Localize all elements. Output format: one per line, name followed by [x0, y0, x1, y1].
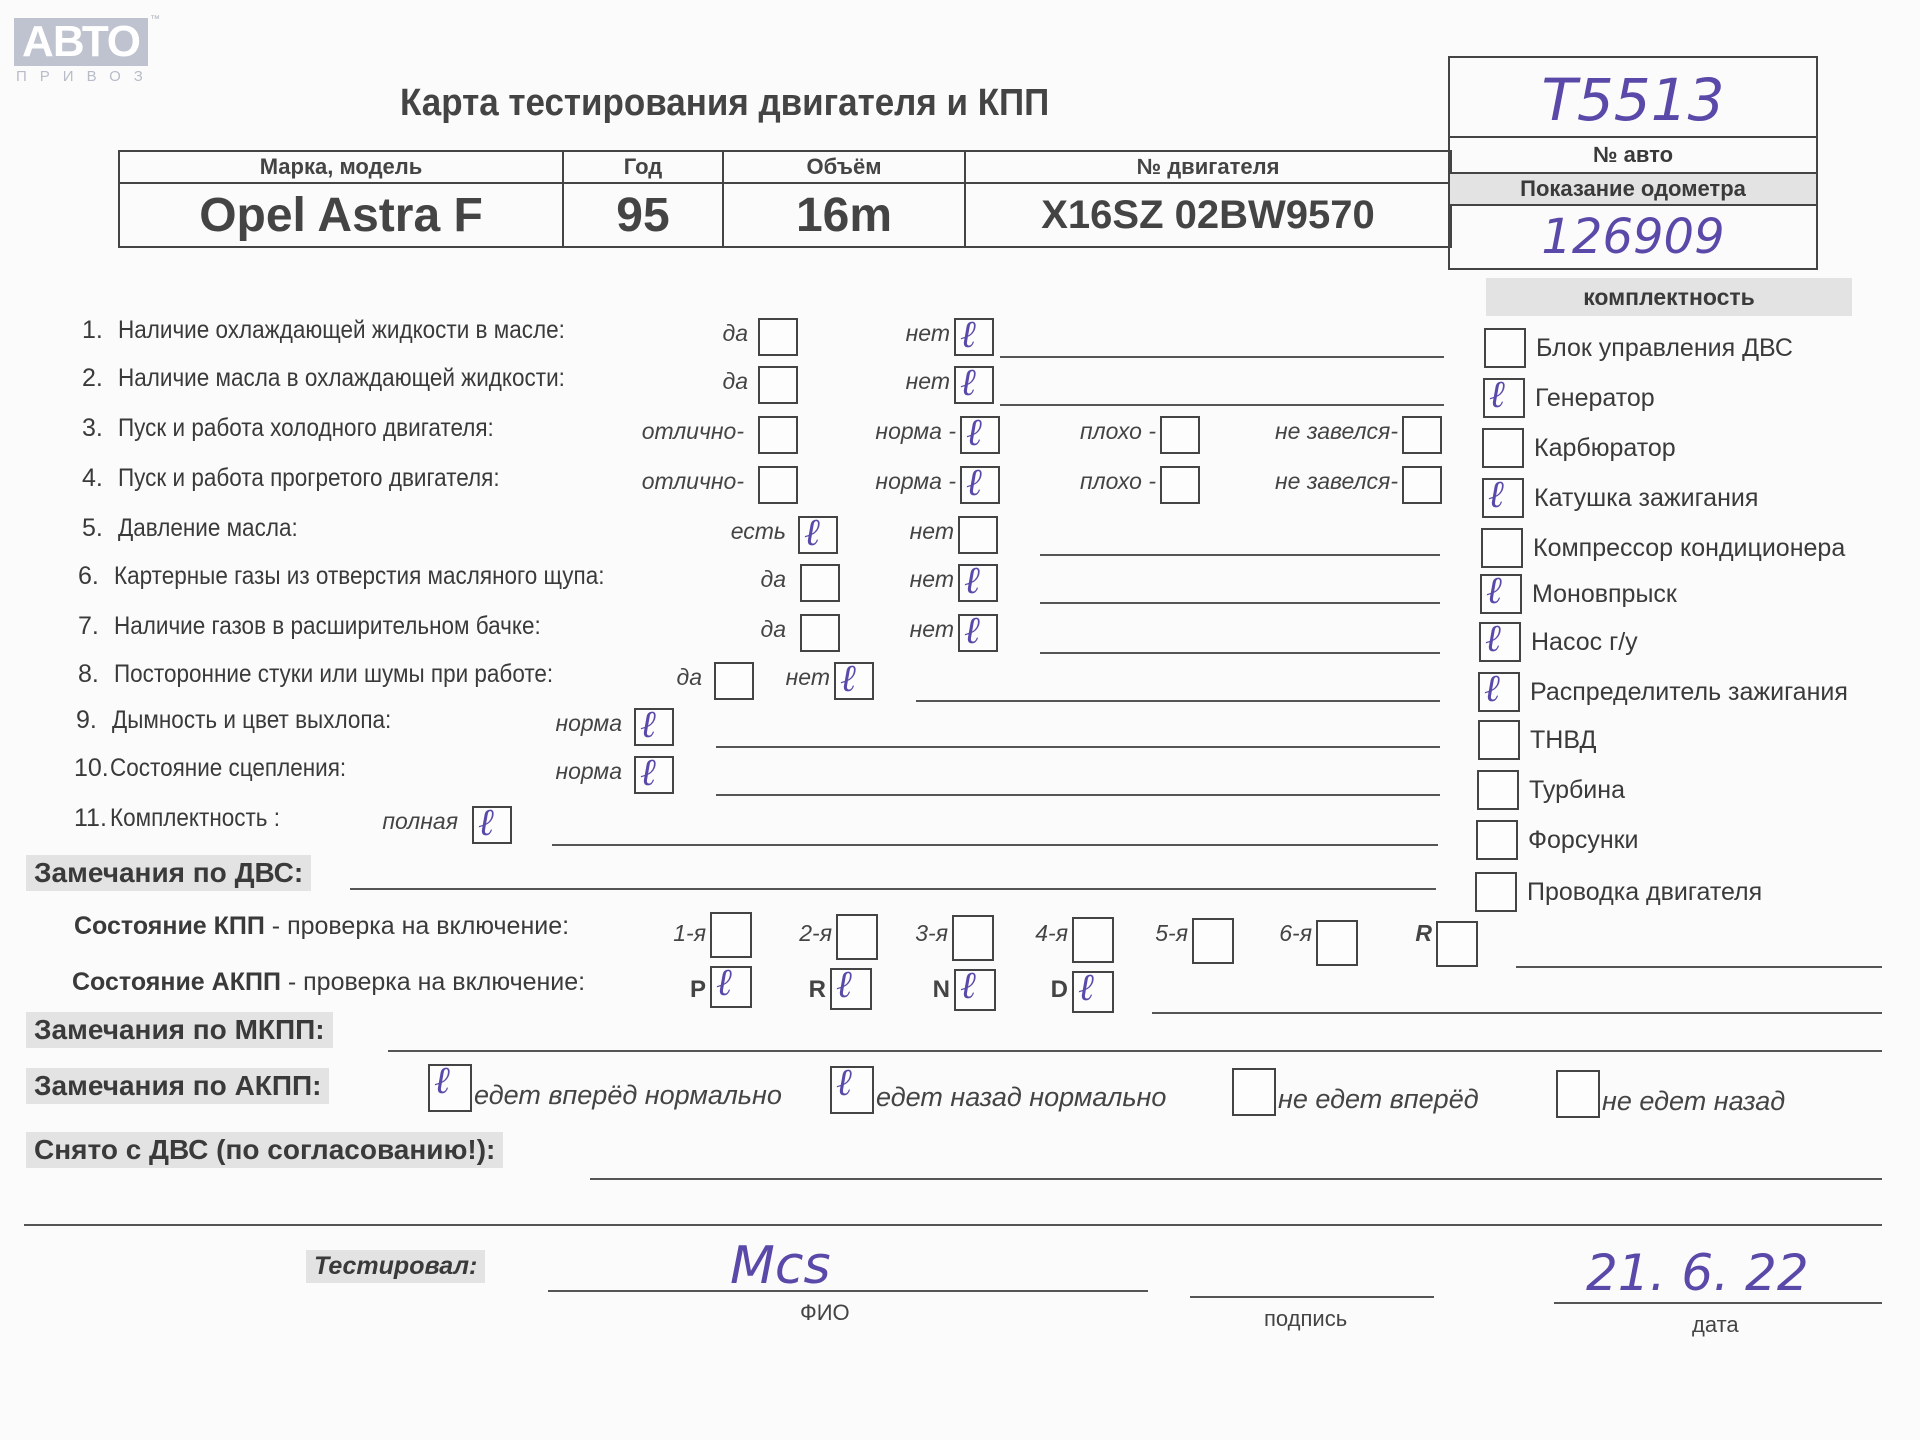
gear-checkbox[interactable]: [836, 914, 878, 960]
auto-gear-checkbox[interactable]: ℓ: [710, 966, 752, 1008]
manual-gearbox-line[interactable]: [1516, 966, 1882, 968]
remarks-auto-label: Замечания по АКПП:: [26, 1068, 329, 1104]
option-label: полная: [382, 808, 458, 835]
auto-remark-checkbox[interactable]: ℓ: [428, 1064, 472, 1112]
option-checkbox[interactable]: [958, 516, 998, 554]
option-checkbox[interactable]: ℓ: [472, 806, 512, 844]
option-label: да: [760, 616, 786, 643]
kit-item-label: Карбюратор: [1534, 434, 1676, 463]
option-checkbox[interactable]: ℓ: [958, 564, 998, 602]
option-label: нет: [906, 368, 950, 395]
auto-gearbox-label-bold: Состояние АКПП: [72, 968, 281, 996]
auto-gear-label: P: [690, 976, 706, 1004]
kit-checkbox[interactable]: ℓ: [1480, 574, 1522, 614]
check-mark-icon: ℓ: [840, 658, 856, 698]
auto-remark-checkbox[interactable]: ℓ: [830, 1066, 874, 1114]
option-label: отлично-: [642, 468, 744, 495]
option-label: нет: [906, 320, 950, 347]
gear-checkbox[interactable]: [952, 915, 994, 961]
check-mark-icon: ℓ: [640, 752, 656, 792]
date-field[interactable]: 21. 6. 22: [1586, 1244, 1809, 1302]
option-label: не завелся-: [1275, 418, 1398, 445]
col-header-year: Год: [563, 151, 723, 183]
question-text: Пуск и работа прогретого двигателя:: [118, 464, 500, 493]
question-number: 3.: [82, 414, 103, 443]
notes-line[interactable]: [1040, 602, 1440, 604]
manual-gearbox-label-bold: Состояние КПП: [74, 912, 265, 940]
auto-gearbox-label: Состояние АКПП - проверка на включение:: [72, 968, 585, 997]
option-label: плохо -: [1080, 468, 1156, 495]
question-number: 5.: [82, 514, 103, 543]
check-mark-icon: ℓ: [804, 512, 820, 552]
kit-item-label: Проводка двигателя: [1527, 878, 1762, 907]
question-number: 7.: [78, 612, 99, 641]
kit-item-label: ТНВД: [1530, 726, 1596, 755]
option-checkbox[interactable]: ℓ: [798, 516, 838, 554]
auto-gearbox-line[interactable]: [1152, 1012, 1882, 1014]
option-label: не завелся-: [1275, 468, 1398, 495]
kit-checkbox[interactable]: [1481, 528, 1523, 568]
kit-checkbox[interactable]: ℓ: [1483, 378, 1525, 418]
gear-checkbox[interactable]: [1072, 917, 1114, 963]
notes-line[interactable]: [716, 794, 1440, 796]
signature-line[interactable]: [1190, 1296, 1434, 1298]
option-checkbox[interactable]: ℓ: [960, 416, 1000, 454]
odometer-label: Показание одометра: [1450, 172, 1816, 204]
option-checkbox[interactable]: [758, 366, 798, 404]
option-checkbox[interactable]: ℓ: [960, 466, 1000, 504]
notes-line[interactable]: [1040, 554, 1440, 556]
notes-line[interactable]: [916, 700, 1440, 702]
kit-item-label: Моновпрыск: [1532, 580, 1677, 609]
kit-item-label: Турбина: [1529, 776, 1625, 805]
check-mark-icon: ℓ: [960, 362, 976, 402]
check-mark-icon: ℓ: [966, 412, 982, 452]
year-field[interactable]: 95: [563, 183, 723, 247]
option-checkbox[interactable]: [758, 466, 798, 504]
question-number: 6.: [78, 562, 99, 591]
removed-label: Снято с ДВС (по согласованию!):: [26, 1132, 503, 1168]
option-checkbox[interactable]: [1402, 416, 1442, 454]
gear-label: 5-я: [1155, 920, 1188, 947]
remarks-manual-line[interactable]: [388, 1050, 1882, 1052]
question-number: 10.: [74, 754, 109, 783]
notes-line[interactable]: [716, 746, 1440, 748]
option-label: нет: [910, 566, 954, 593]
kit-checkbox[interactable]: [1484, 328, 1526, 368]
remarks-engine-label: Замечания по ДВС:: [26, 855, 311, 891]
check-mark-icon: ℓ: [836, 964, 852, 1004]
gear-checkbox[interactable]: [1436, 921, 1478, 967]
col-header-make-model: Марка, модель: [119, 151, 563, 183]
auto-remark-label: не едет назад: [1602, 1086, 1785, 1117]
option-label: норма -: [875, 468, 956, 495]
option-label: норма: [555, 710, 622, 737]
check-mark-icon: ℓ: [1489, 374, 1505, 414]
notes-line[interactable]: [1040, 652, 1440, 654]
question-number: 2.: [82, 364, 103, 393]
kit-checkbox[interactable]: [1482, 428, 1524, 468]
auto-number-label: № авто: [1450, 136, 1816, 172]
question-number: 9.: [76, 706, 97, 735]
question-text: Дымность и цвет выхлопа:: [112, 706, 391, 735]
check-mark-icon: ℓ: [1078, 967, 1094, 1007]
check-mark-icon: ℓ: [1485, 618, 1501, 658]
kit-item-label: Распределитель зажигания: [1530, 678, 1848, 707]
option-checkbox[interactable]: ℓ: [634, 708, 674, 746]
signature-caption: подпись: [1264, 1306, 1347, 1332]
check-mark-icon: ℓ: [478, 802, 494, 842]
check-mark-icon: ℓ: [964, 610, 980, 650]
option-label: да: [676, 664, 702, 691]
option-label: отлично-: [642, 418, 744, 445]
option-checkbox[interactable]: ℓ: [634, 756, 674, 794]
kit-checkbox[interactable]: [1476, 820, 1518, 860]
tested-by-label: Тестировал:: [306, 1250, 485, 1283]
kit-item-label: Блок управления ДВС: [1536, 334, 1793, 363]
option-checkbox[interactable]: [1402, 466, 1442, 504]
gear-label: 4-я: [1035, 920, 1068, 947]
option-label: плохо -: [1080, 418, 1156, 445]
date-line: [1554, 1302, 1882, 1304]
volume-field[interactable]: 16m: [723, 183, 965, 247]
option-checkbox[interactable]: [1160, 466, 1200, 504]
kit-checkbox[interactable]: [1477, 770, 1519, 810]
option-checkbox[interactable]: ℓ: [834, 662, 874, 700]
notes-line[interactable]: [1000, 404, 1444, 406]
question-text: Наличие охлаждающей жидкости в масле:: [118, 316, 565, 345]
kit-title: комплектность: [1486, 278, 1852, 316]
remarks-engine-line[interactable]: [350, 888, 1436, 890]
kit-checkbox[interactable]: [1478, 720, 1520, 760]
kit-item-label: Генератор: [1535, 384, 1655, 413]
check-mark-icon: ℓ: [966, 462, 982, 502]
option-checkbox[interactable]: ℓ: [958, 614, 998, 652]
option-checkbox[interactable]: ℓ: [954, 366, 994, 404]
kit-checkbox[interactable]: ℓ: [1482, 478, 1524, 518]
option-checkbox[interactable]: ℓ: [954, 318, 994, 356]
question-text: Наличие масла в охлаждающей жидкости:: [118, 364, 565, 393]
auto-number-box: T5513 № авто Показание одометра 126909: [1448, 56, 1818, 270]
option-label: есть: [731, 518, 786, 545]
option-label: да: [722, 320, 748, 347]
tester-name-field[interactable]: Mcs: [730, 1236, 831, 1296]
auto-gear-label: R: [809, 976, 826, 1004]
option-checkbox[interactable]: [714, 662, 754, 700]
logo-trademark: ™: [150, 14, 160, 25]
engine-number-field[interactable]: X16SZ 02BW9570: [965, 183, 1451, 247]
option-checkbox[interactable]: [1160, 416, 1200, 454]
kit-item-label: Катушка зажигания: [1534, 484, 1758, 513]
gear-label: 6-я: [1279, 920, 1312, 947]
check-mark-icon: ℓ: [434, 1060, 450, 1100]
page-title: Карта тестирования двигателя и КПП: [400, 82, 1049, 125]
check-mark-icon: ℓ: [964, 560, 980, 600]
gear-checkbox[interactable]: [1192, 918, 1234, 964]
notes-line[interactable]: [1000, 356, 1444, 358]
question-number: 11.: [74, 804, 107, 833]
option-label: нет: [786, 664, 830, 691]
option-checkbox[interactable]: [800, 564, 840, 602]
gear-label: 2-я: [799, 920, 832, 947]
kit-checkbox[interactable]: [1475, 872, 1517, 912]
gear-checkbox[interactable]: [710, 912, 752, 958]
auto-gear-checkbox[interactable]: ℓ: [1072, 971, 1114, 1013]
auto-remark-label: не едет вперёд: [1278, 1084, 1479, 1115]
removed-line-2[interactable]: [24, 1224, 1882, 1226]
auto-gear-label: D: [1051, 976, 1068, 1004]
auto-gear-checkbox[interactable]: ℓ: [954, 969, 996, 1011]
kit-checkbox[interactable]: ℓ: [1478, 672, 1520, 712]
col-header-volume: Объём: [723, 151, 965, 183]
kit-item-label: Форсунки: [1528, 826, 1639, 855]
option-checkbox[interactable]: [758, 416, 798, 454]
question-number: 4.: [82, 464, 103, 493]
question-text: Комплектность :: [110, 804, 280, 833]
name-caption: ФИО: [800, 1300, 850, 1326]
option-label: нет: [910, 518, 954, 545]
question-number: 1.: [82, 316, 103, 345]
check-mark-icon: ℓ: [960, 965, 976, 1005]
check-mark-icon: ℓ: [836, 1062, 852, 1102]
check-mark-icon: ℓ: [1488, 474, 1504, 514]
gear-checkbox[interactable]: [1316, 920, 1358, 966]
auto-gearbox-label-rest: - проверка на включение:: [281, 968, 585, 996]
check-mark-icon: ℓ: [640, 704, 656, 744]
check-mark-icon: ℓ: [716, 962, 732, 1002]
check-mark-icon: ℓ: [1486, 570, 1502, 610]
auto-gear-label: N: [933, 976, 950, 1004]
option-label: норма: [555, 758, 622, 785]
auto-remark-label: едет вперёд нормально: [474, 1080, 782, 1111]
date-caption: дата: [1692, 1312, 1739, 1338]
auto-remark-checkbox[interactable]: [1232, 1068, 1276, 1116]
logo: АВТО: [14, 18, 148, 66]
question-number: 8.: [78, 660, 99, 689]
auto-number-field[interactable]: T5513: [1450, 66, 1816, 134]
option-label: нет: [910, 616, 954, 643]
kit-checkbox[interactable]: ℓ: [1479, 622, 1521, 662]
kit-item-label: Компрессор кондиционера: [1533, 534, 1845, 563]
notes-line[interactable]: [552, 844, 1438, 846]
option-checkbox[interactable]: [800, 614, 840, 652]
question-text: Картерные газы из отверстия масляного щу…: [114, 562, 604, 591]
option-checkbox[interactable]: [758, 318, 798, 356]
option-label: да: [760, 566, 786, 593]
question-text: Пуск и работа холодного двигателя:: [118, 414, 494, 443]
check-mark-icon: ℓ: [1484, 668, 1500, 708]
option-label: норма -: [875, 418, 956, 445]
vehicle-info-table: Марка, модель Год Объём № двигателя Opel…: [118, 150, 1452, 248]
check-mark-icon: ℓ: [960, 314, 976, 354]
question-text: Давление масла:: [118, 514, 298, 543]
manual-gearbox-label: Состояние КПП - проверка на включение:: [74, 912, 569, 941]
manual-gearbox-label-rest: - проверка на включение:: [265, 912, 569, 940]
question-text: Наличие газов в расширительном бачке:: [114, 612, 541, 641]
remarks-manual-label: Замечания по МКПП:: [26, 1012, 333, 1048]
auto-gear-checkbox[interactable]: ℓ: [830, 968, 872, 1010]
auto-remark-label: едет назад нормально: [876, 1082, 1166, 1113]
kit-item-label: Насос г/у: [1531, 628, 1638, 657]
odometer-field[interactable]: 126909: [1450, 204, 1816, 268]
removed-line[interactable]: [590, 1178, 1882, 1180]
auto-remark-checkbox[interactable]: [1556, 1070, 1600, 1118]
logo-subtitle: ПРИВОЗ: [16, 68, 156, 85]
make-model-field[interactable]: Opel Astra F: [119, 183, 563, 247]
question-text: Состояние сцепления:: [110, 754, 346, 783]
gear-label: 1-я: [673, 920, 706, 947]
col-header-engine-number: № двигателя: [965, 151, 1451, 183]
gear-label: R: [1415, 920, 1432, 947]
gear-label: 3-я: [915, 920, 948, 947]
question-text: Посторонние стуки или шумы при работе:: [114, 660, 553, 689]
name-line: [548, 1290, 1148, 1292]
option-label: да: [722, 368, 748, 395]
